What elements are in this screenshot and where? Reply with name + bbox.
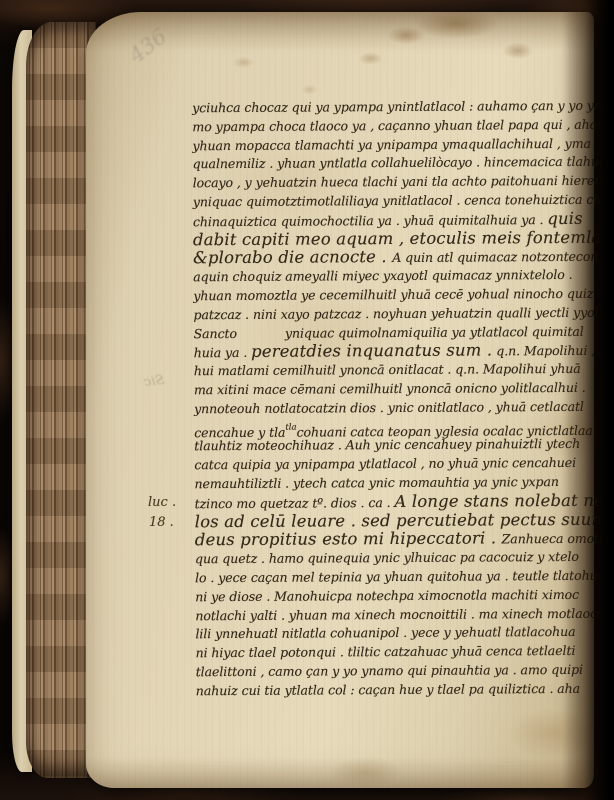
text-segment: tlauhtiz moteochihuaz . Auh ynic cencahu… <box>194 436 580 453</box>
text-segment: catca quipia ya ynipampa ytlatlacol , no… <box>194 455 576 472</box>
manuscript-line: nahuiz cui tia ytlatla col : caçan hue y… <box>196 679 598 700</box>
manuscript-line: mo ypampa choca tlaoco ya , caçanno yhua… <box>192 116 594 137</box>
manuscript-line: &plorabo die acnocte . A quin atl quimac… <box>193 247 595 268</box>
manuscript-line: aquin choquiz ameyalli miyec yxayotl qui… <box>193 266 595 287</box>
manuscript-line: yhuan momoztla ye cecemilhuitl yhuā cecē… <box>193 285 595 306</box>
manuscript-line: hui matlami cemilhuitl ynoncā onitlacat … <box>194 360 596 381</box>
text-segment: tla <box>285 422 296 432</box>
manuscript-line: yhuan mopacca tlamachti ya ynipampa ymaq… <box>192 134 594 155</box>
text-segment: deus propitius esto mi hipeccatori . <box>195 529 502 550</box>
text-segment: tlaelittoni , camo çan y yo ynamo qui pi… <box>196 662 583 679</box>
manuscript-photo: 436 Sic luc . 18 . yciuhca chocaz qui ya… <box>0 0 614 800</box>
manuscript-line: qualnemiliz . yhuan yntlatla collahuelil… <box>193 153 595 174</box>
text-segment: tzinco mo quetzaz tº. dios . ca . <box>195 495 395 511</box>
manuscript-line: notlachi yalti . yhuan ma xinech mocnoit… <box>195 604 597 625</box>
manuscript-line: yniquac quimotztimotlaliliaya ynitlatlac… <box>193 191 595 212</box>
text-segment: yhuan momoztla ye cecemilhuitl yhuā cecē… <box>193 286 593 303</box>
margin-note-citation-chapter: 18 . <box>149 515 174 530</box>
text-segment: qua quetz . hamo quinequia ynic ylhuicac… <box>195 549 579 566</box>
text-segment: ni ye diose . Manohuicpa notechpa ximocn… <box>195 587 579 604</box>
manuscript-line: ynnoteouh notlatocatzin dios . ynic onit… <box>194 398 596 419</box>
text-segment: yciuhca chocaz qui ya ypampa ynintlatlac… <box>192 98 609 116</box>
manuscript-line: ni hiyac tlael potonqui . tliltic catzah… <box>195 642 597 663</box>
text-segment: patzcaz . nini xayo patzcaz . noyhuan ye… <box>193 304 610 322</box>
text-segment: locayo , y yehuatzin hueca tlachi yani t… <box>193 173 614 191</box>
manuscript-line: qua quetz . hamo quinequia ynic ylhuicac… <box>195 548 597 569</box>
text-segment: yniquac quimolnamiquilia ya ytlatlacol q… <box>285 323 584 340</box>
manuscript-line: patzcaz . nini xayo patzcaz . noyhuan ye… <box>193 304 595 325</box>
text-segment: lili ynnehuatl nitlatla cohuanipol . yec… <box>195 624 575 641</box>
text-segment: &plorabo die acnocte . <box>193 247 392 267</box>
text-segment: nemauhtiliztli . ytech catca ynic momauh… <box>194 474 558 491</box>
text-segment: hui matlami cemilhuitl ynoncā onitlacat … <box>194 361 581 378</box>
folio-offset-mark: 436 <box>125 24 171 68</box>
text-segment: chinaquiztica quimochoctilia ya . yhuā q… <box>193 212 548 229</box>
text-segment: ma xitini mace cēmani cemilhuitl ynoncā … <box>194 380 586 397</box>
manuscript-line: yciuhca chocaz qui ya ypampa ynintlatlac… <box>192 97 594 118</box>
text-segment: A longe stans nolebat ne ocu <box>394 490 614 510</box>
text-segment: Zanhueca omotlan <box>502 531 614 547</box>
manuscript-line: ma xitini mace cēmani cemilhuitl ynoncā … <box>194 379 596 400</box>
bleedthrough-note: Sic <box>143 373 165 390</box>
manuscript-line: ni ye diose . Manohuicpa notechpa ximocn… <box>195 585 597 606</box>
text-block: yciuhca chocaz qui ya ypampa ynintlatlac… <box>192 97 598 701</box>
manuscript-line: tlauhtiz moteochihuaz . Auh ynic cencahu… <box>194 435 596 456</box>
text-segment: nahuiz cui tia ytlatla col : caçan hue y… <box>196 681 580 698</box>
text-segment: Sancto <box>194 326 237 341</box>
text-segment: qualnemiliz . yhuan yntlatla collahuelil… <box>193 154 614 172</box>
manuscript-line: lili ynnehuatl nitlatla cohuanipol . yec… <box>195 623 597 644</box>
text-segment: mo ypampa choca tlaoco ya , caçanno yhua… <box>192 116 614 134</box>
manuscript-line: tlaelittoni , camo çan y yo ynamo qui pi… <box>196 661 598 682</box>
text-segment: quis <box>547 209 583 228</box>
text-segment: ynnoteouh notlatocatzin dios . ynic onit… <box>194 399 584 416</box>
manuscript-line: deus propitius esto mi hipeccatori . Zan… <box>195 529 597 550</box>
text-segment: pereatdies inquanatus sum . <box>251 341 492 361</box>
manuscript-line: huia ya . pereatdies inquanatus sum . q.… <box>194 341 596 362</box>
text-segment: A quin atl quimacaz notzontecon , yhuā <box>392 249 614 266</box>
margin-note-citation-book: luc . <box>148 495 176 510</box>
text-segment: los ad celū leuare . sed percutiebat pec… <box>195 509 614 531</box>
manuscript-line: lo . yece caçan mel tepinia ya yhuan qui… <box>195 567 597 588</box>
text-segment: yhuan mopacca tlamachti ya ynipampa ymaq… <box>192 135 591 152</box>
text-segment: q.n. Mapolihui , maca <box>492 343 614 359</box>
text-segment: huia ya . <box>194 345 251 360</box>
text-segment: aquin choquiz ameyalli miyec yxayotl qui… <box>193 267 572 284</box>
manuscript-page: 436 Sic luc . 18 . yciuhca chocaz qui ya… <box>86 12 594 788</box>
manuscript-line: locayo , y yehuatzin hueca tlachi yani t… <box>193 172 595 193</box>
text-segment: notlachi yalti . yhuan ma xinech mocnoit… <box>195 605 604 622</box>
manuscript-line: cencahue y tlatlacohuani catca teopan yg… <box>194 416 596 437</box>
manuscript-line: dabit capiti meo aquam , etoculis meis f… <box>193 228 595 249</box>
text-segment: lo . yece caçan mel tepinia ya yhuan qui… <box>195 568 605 586</box>
manuscript-line: catca quipia ya ynipampa ytlatlacol , no… <box>194 454 596 475</box>
text-segment: yniquac quimotztimotlaliliaya ynitlatlac… <box>193 192 605 210</box>
text-segment: dabit capiti meo aquam , etoculis meis f… <box>193 227 614 249</box>
text-segment: ni hiyac tlael potonqui . tliltic catzah… <box>196 643 576 660</box>
